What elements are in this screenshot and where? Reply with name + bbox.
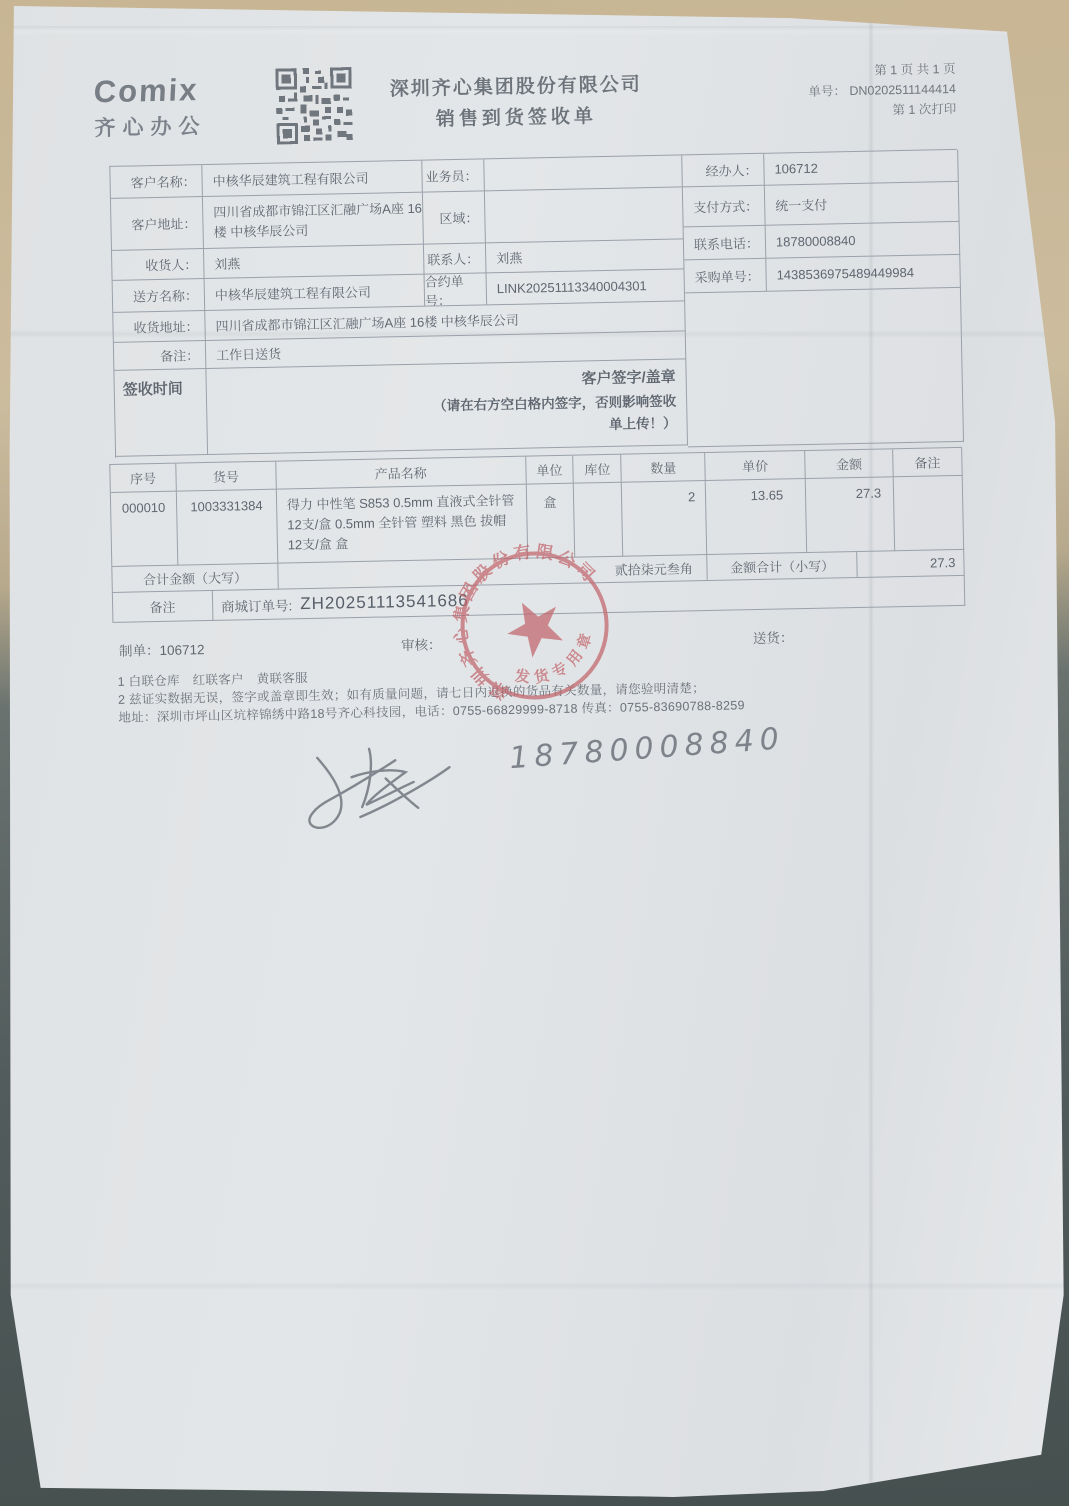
item-remark [894,476,964,551]
info-table-right: 经办人： 106712 支付方式： 统一支付 联系电话： 18780008840… [682,150,964,447]
customer-name-value: 中核华辰建筑工程有限公司 [202,161,423,197]
salesman-label: 业务员： [422,159,485,192]
items-remark-label: 备注 [113,591,213,623]
po-value: 1438536975489449984 [766,255,961,292]
audit-label: 审核： [401,633,442,654]
contact-value: 刘燕 [486,239,685,273]
sender-label: 送方名称： [113,279,206,313]
doc-meta-block: 第 1 页 共 1 页 单号： DN0202511144414 第 1 次打印 [731,59,956,123]
delivery-label: 送货： [753,626,794,647]
col-sku: 货号 [176,462,276,492]
receiver-value: 刘燕 [204,245,425,279]
delivery-address-label: 收货地址： [113,311,206,343]
item-qty: 2 [622,481,707,557]
handwritten-phone: 18780008840 [508,721,786,776]
sender-value: 中核华辰建筑工程有限公司 [205,275,426,311]
info-row-payment: 支付方式： 统一支付 [683,182,960,228]
customer-sign-title: 客户签字/盖章 [425,366,675,392]
customer-address-value: 四川省成都市锦江区汇融广场A座 16楼 中核华辰公司 [203,193,424,249]
phone-value: 18780008840 [766,222,961,259]
maker-label: 制单： [119,643,160,659]
signature-blank-box [685,288,964,448]
info-table: 客户名称： 中核华辰建筑工程有限公司 业务员： 客户地址： 四川省成都市锦江区汇… [109,149,963,458]
total-value: 27.3 [857,550,964,578]
contact-label: 联系人： [424,243,487,274]
info-table-left: 客户名称： 中核华辰建筑工程有限公司 业务员： 客户地址： 四川省成都市锦江区汇… [110,155,688,456]
item-sku: 1003331384 [177,490,278,566]
qr-code [275,67,353,145]
operator-value: 106712 [764,150,959,186]
sign-time-label: 签收时间 [114,369,208,457]
col-location: 库位 [574,455,622,484]
print-count: 第 1 次打印 [732,99,956,123]
customer-name-label: 客户名称： [110,165,203,199]
item-seq: 000010 [111,492,178,567]
contract-no-label: 合约单号： [425,273,488,306]
region-label: 区域： [423,191,486,244]
phone-label: 联系电话： [684,226,767,261]
po-label: 采购单号： [684,259,767,294]
handwritten-signature [299,728,511,847]
company-name: 深圳齐心集团股份有限公司 [368,69,664,102]
total-label: 金额合计（小写） [708,552,858,581]
info-row-po: 采购单号： 1438536975489449984 [684,255,961,294]
contract-no-value: LINK20251113340004301 [487,269,686,305]
comix-wordmark: Comix [93,71,265,110]
note-label: 备注： [114,341,207,371]
region-value [485,187,684,243]
customer-sign-hint: （请在右方空白格内签字，否则影响签收单上传！） [426,391,677,441]
col-amount: 金额 [805,449,893,479]
salesman-value [484,155,683,191]
paper-sheet: Comix 齐心办公 深圳齐心集团股份有限公司 销售到货签收单 [0,0,1069,1506]
info-row-sign: 签收时间 客户签字/盖章 （请在右方空白格内签字，否则影响签收单上传！） [114,359,688,456]
document-title-block: 深圳齐心集团股份有限公司 销售到货签收单 [368,69,665,133]
customer-address-label: 客户地址： [111,197,204,251]
item-product: 得力 中性笔 S853 0.5mm 直液式全针管 12支/盒 0.5mm 全针管… [277,485,528,564]
stamp-star-icon [497,589,572,663]
info-row-phone: 联系电话： 18780008840 [684,222,961,261]
comix-sub-label: 齐心办公 [94,109,265,142]
item-price: 13.65 [706,479,807,555]
col-qty: 数量 [622,453,706,483]
mall-order-label: 商城订单号: [221,594,293,615]
item-amount: 27.3 [806,477,895,553]
total-caps-label: 合计金额（大写） [112,564,278,593]
comix-logo: Comix 齐心办公 [93,71,264,142]
col-unit: 单位 [526,456,574,485]
payment-value: 统一支付 [765,182,960,226]
document-title: 销售到货签收单 [368,100,664,133]
col-remark: 备注 [893,448,962,477]
maker-value: 106712 [159,642,204,658]
payment-label: 支付方式： [683,186,766,228]
col-price: 单价 [705,451,805,481]
col-seq: 序号 [110,464,176,493]
operator-label: 经办人： [682,154,765,188]
receiver-label: 收货人： [112,249,205,281]
